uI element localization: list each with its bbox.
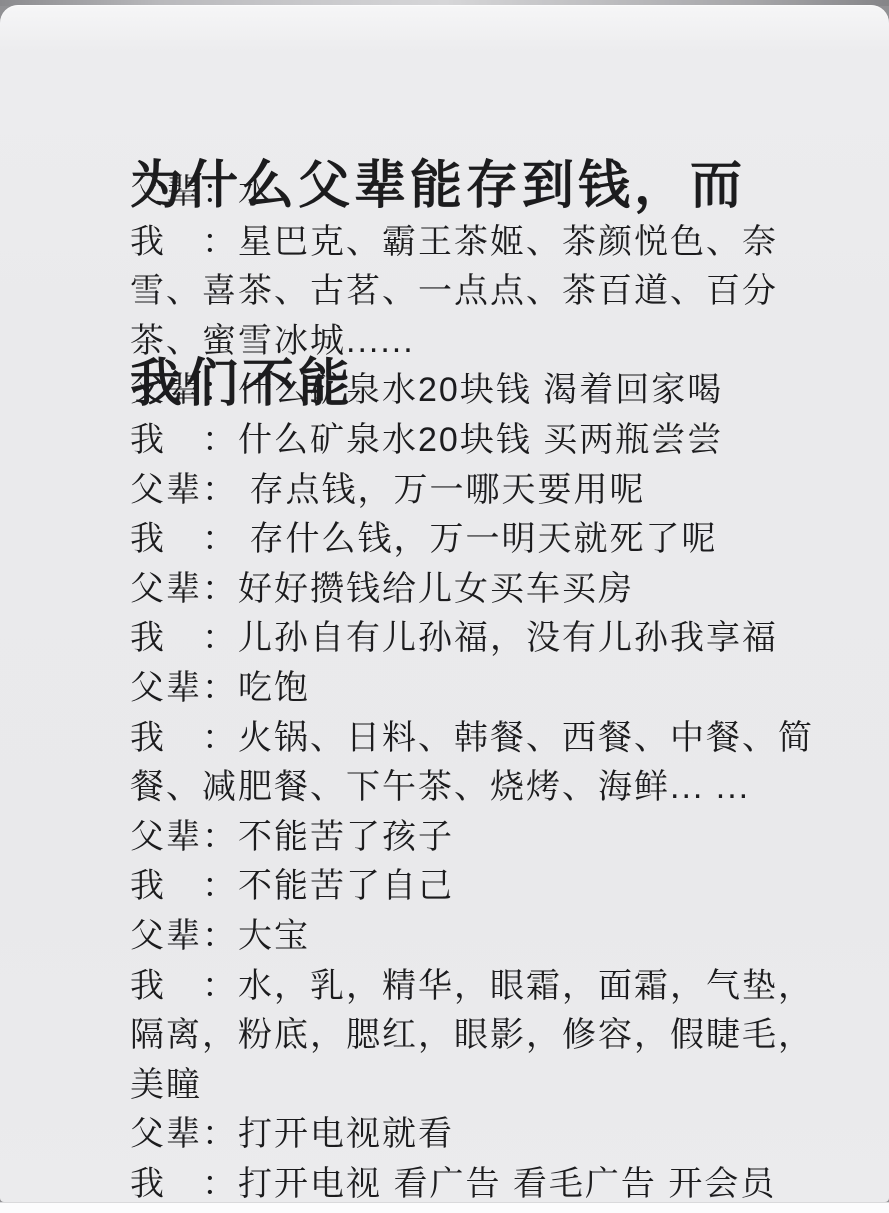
dialogue-line: 父辈：吃饱: [130, 664, 830, 714]
dialogue-line: 父辈：水: [130, 168, 830, 218]
dialogue-line: 父辈：好好攒钱给儿女买车买房: [130, 565, 830, 615]
bottom-edge-background: [0, 1202, 889, 1213]
dialogue-line: 我 ：火锅、日料、韩餐、西餐、中餐、简: [130, 714, 830, 764]
dialogue-line: 我 ：星巴克、霸王茶姬、茶颜悦色、奈: [130, 218, 830, 268]
dialogue-line: 父辈：不能苦了孩子: [130, 813, 830, 863]
dialogue-list: 父辈：水我 ：星巴克、霸王茶姬、茶颜悦色、奈雪、喜茶、古茗、一点点、茶百道、百分…: [130, 168, 830, 1209]
dialogue-line: 餐、减肥餐、下午茶、烧烤、海鲜... ...: [130, 763, 830, 813]
page-background: 为什么父辈能存到钱，而 我们不能 父辈：水我 ：星巴克、霸王茶姬、茶颜悦色、奈雪…: [0, 0, 889, 1213]
dialogue-line: 父辈： 存点钱，万一哪天要用呢: [130, 466, 830, 516]
dialogue-line: 美瞳: [130, 1061, 830, 1111]
dialogue-line: 我 ： 存什么钱，万一明天就死了呢: [130, 515, 830, 565]
dialogue-line: 我 ：儿孙自有儿孙福，没有儿孙我享福: [130, 614, 830, 664]
dialogue-line: 我 ：不能苦了自己: [130, 862, 830, 912]
dialogue-line: 父辈：什么矿泉水20块钱 渴着回家喝: [130, 366, 830, 416]
dialogue-line: 我 ：什么矿泉水20块钱 买两瓶尝尝: [130, 416, 830, 466]
dialogue-line: 父辈：大宝: [130, 912, 830, 962]
dialogue-line: 父辈：打开电视就看: [130, 1110, 830, 1160]
dialogue-line: 雪、喜茶、古茗、一点点、茶百道、百分: [130, 267, 830, 317]
dialogue-line: 茶、蜜雪冰城......: [130, 317, 830, 367]
dialogue-line: 隔离，粉底，腮红，眼影，修容，假睫毛，: [130, 1011, 830, 1061]
dialogue-line: 我 ：水，乳，精华，眼霜，面霜，气垫，: [130, 962, 830, 1012]
text-card: 为什么父辈能存到钱，而 我们不能 父辈：水我 ：星巴克、霸王茶姬、茶颜悦色、奈雪…: [0, 5, 889, 1202]
